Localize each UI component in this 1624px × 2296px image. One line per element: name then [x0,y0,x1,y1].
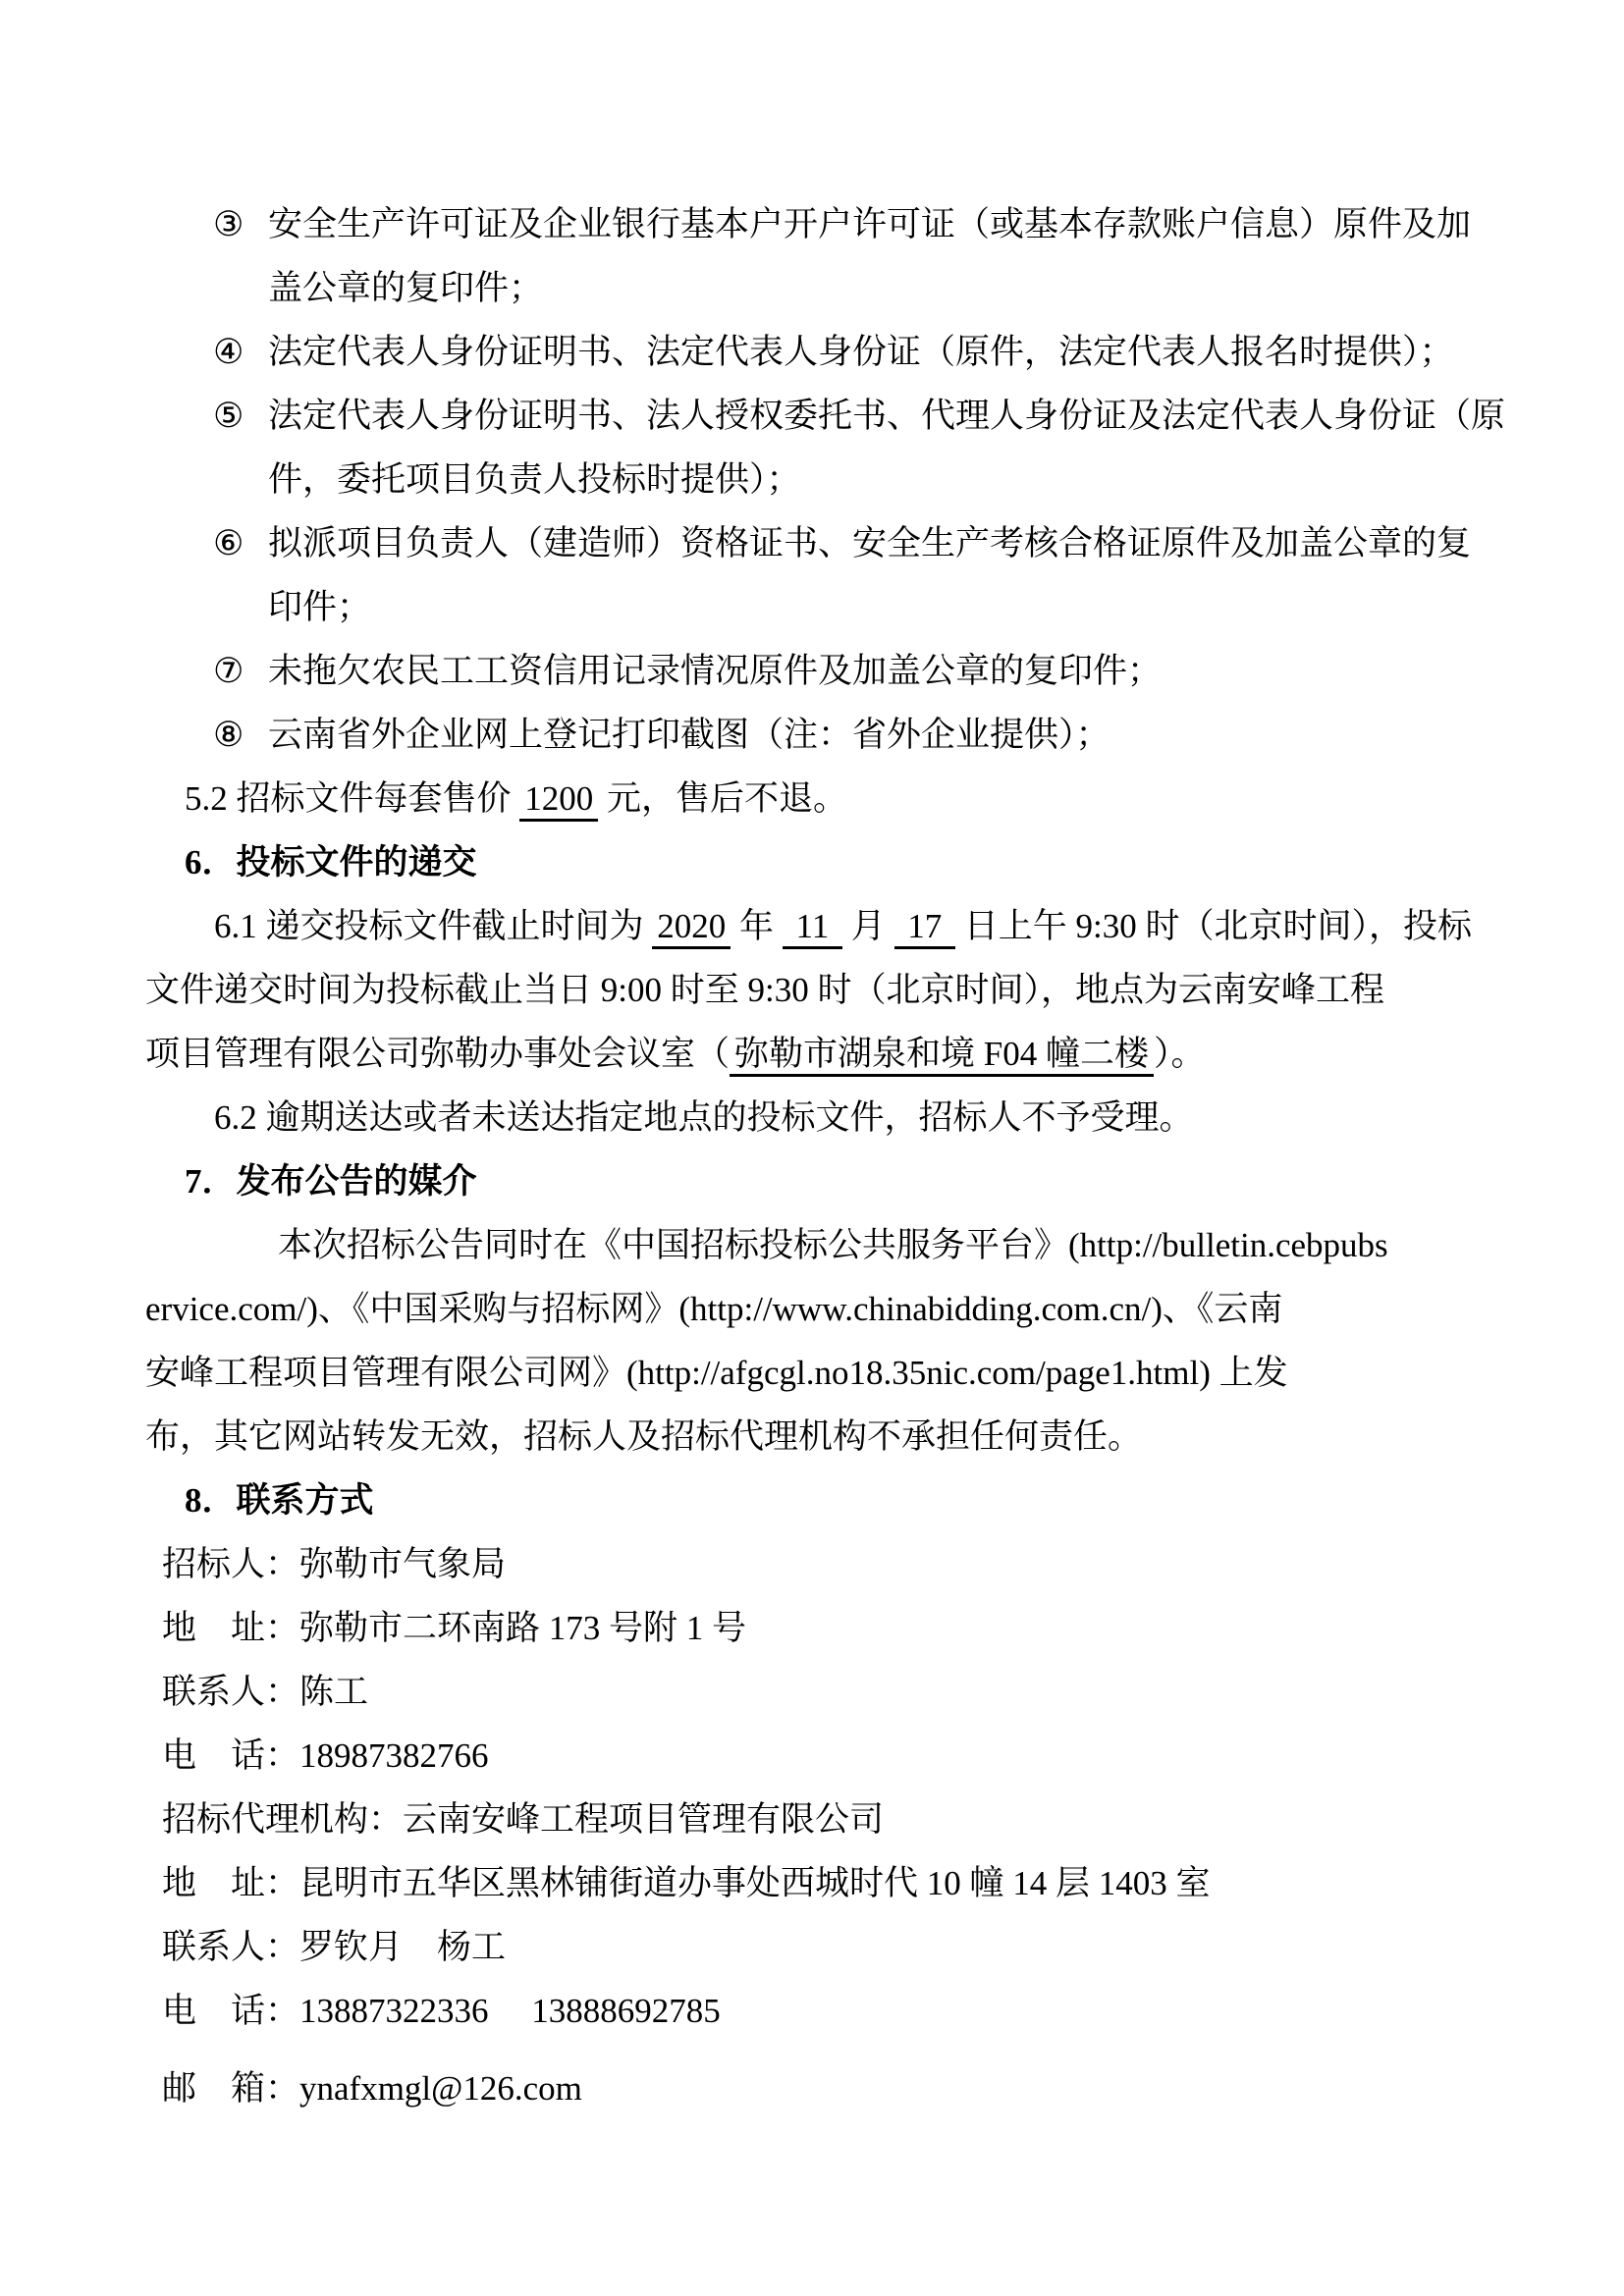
list-item-6: ⑥拟派项目负责人（建造师）资格证书、安全生产考核合格证原件及加盖公章的复 [145,511,1489,575]
text-segment: 安全生产许可证及企业银行基本户开户许可证（或基本存款账户信息）原件及加 [268,205,1471,243]
text-segment: 地 址：弥勒市二环南路 173 号附 1 号 [162,1609,746,1647]
text-segment: 招标代理机构：云南安峰工程项目管理有限公司 [162,1800,884,1839]
list-number-marker: ④ [213,320,268,384]
list-item-4: ④法定代表人身份证明书、法定代表人身份证（原件，法定代表人报名时提供）； [145,320,1489,384]
text-segment: 电 话：18987382766 [162,1736,489,1775]
tenderer-name: 招标人：弥勒市气象局 [145,1532,1489,1596]
list-number-marker: ③ [213,192,268,256]
text-segment: 印件； [268,588,371,626]
list-item-8: ⑧云南省外企业网上登记打印截图（注：省外企业提供）； [145,703,1489,767]
list-number-marker: ⑤ [213,384,268,448]
text-segment: ervice.com/)、《中国采购与招标网》(http://www.china… [145,1290,1282,1328]
text-segment: 地 址：昆明市五华区黑林铺街道办事处西城时代 10 幢 14 层 1403 室 [162,1864,1211,1902]
text-segment: 法定代表人身份证明书、法人授权委托书、代理人身份证及法定代表人身份证（原 [268,397,1505,435]
text-segment: 本次招标公告同时在《中国招标投标公共服务平台》(http://bulletin.… [278,1226,1388,1264]
text-segment: 拟派项目负责人（建造师）资格证书、安全生产考核合格证原件及加盖公章的复 [268,524,1471,562]
list-item-5-continuation: 件，委托项目负责人投标时提供）； [145,448,1489,511]
section-7-paragraph-line-3: 安峰工程项目管理有限公司网》(http://afgcgl.no18.35nic.… [145,1341,1489,1405]
text-segment: 项目管理有限公司弥勒办事处会议室（ [145,1035,730,1073]
text-segment: 月 [842,907,894,945]
list-number-marker: ⑦ [213,639,268,703]
list-item-3: ③安全生产许可证及企业银行基本户开户许可证（或基本存款账户信息）原件及加 [145,192,1489,256]
clause-6-1: 6.1 递交投标文件截止时间为 2020 年 11 月 17 日上午 9:30 … [145,894,1489,958]
agency-address: 地 址：昆明市五华区黑林铺街道办事处西城时代 10 幢 14 层 1403 室 [145,1851,1489,1915]
text-segment: 法定代表人身份证明书、法定代表人身份证（原件，法定代表人报名时提供）； [268,333,1454,371]
text-segment: 电 话：13887322336 13888692785 [162,1992,721,2030]
section-7-heading: 7．发布公告的媒介 [145,1149,1489,1213]
text-segment: 日上午 9:30 时（北京时间），投标 [955,907,1472,945]
text-segment: 6.1 递交投标文件截止时间为 [214,907,652,945]
section-7-paragraph-line-2: ervice.com/)、《中国采购与招标网》(http://www.china… [145,1277,1489,1341]
list-number-marker: ⑧ [213,703,268,767]
text-segment: 件，委托项目负责人投标时提供）； [268,460,801,499]
document-body: ③安全生产许可证及企业银行基本户开户许可证（或基本存款账户信息）原件及加盖公章的… [145,192,1489,2120]
text-segment: 8．联系方式 [185,1481,374,1520]
section-7-paragraph-line-4: 布，其它网站转发无效，招标人及招标代理机构不承担任何责任。 [145,1405,1489,1468]
text-segment: 文件递交时间为投标截止当日 9:00 时至 9:30 时（北京时间），地点为云南… [145,971,1384,1009]
document-page: ③安全生产许可证及企业银行基本户开户许可证（或基本存款账户信息）原件及加盖公章的… [0,0,1624,2296]
underlined-text: 弥勒市湖泉和境 F04 幢二楼 [730,1035,1154,1077]
text-segment: 7．发布公告的媒介 [185,1162,477,1201]
text-segment: 云南省外企业网上登记打印截图（注：省外企业提供）； [268,716,1110,754]
section-8-heading: 8．联系方式 [145,1468,1489,1532]
agency-phone: 电 话：13887322336 13888692785 [145,1979,1489,2043]
section-7-paragraph-line-1: 本次招标公告同时在《中国招标投标公共服务平台》(http://bulletin.… [145,1213,1489,1277]
text-segment: 布，其它网站转发无效，招标人及招标代理机构不承担任何责任。 [145,1417,1142,1456]
underlined-text: 17 [894,907,956,949]
agency-email: 邮 箱：ynafxmgl@126.com [145,2056,1489,2120]
agency-name: 招标代理机构：云南安峰工程项目管理有限公司 [145,1788,1489,1851]
list-item-7: ⑦未拖欠农民工工资信用记录情况原件及加盖公章的复印件； [145,639,1489,703]
clause-6-2: 6.2 逾期送达或者未送达指定地点的投标文件，招标人不予受理。 [145,1086,1489,1149]
clause-6-1-continuation-2: 项目管理有限公司弥勒办事处会议室（弥勒市湖泉和境 F04 幢二楼）。 [145,1022,1489,1086]
tenderer-phone: 电 话：18987382766 [145,1724,1489,1788]
text-segment: ）。 [1154,1035,1206,1073]
text-segment: 联系人：罗钦月 杨工 [162,1928,506,1966]
text-segment: 6．投标文件的递交 [185,843,477,881]
list-item-6-continuation: 印件； [145,575,1489,639]
text-segment: 招标人：弥勒市气象局 [162,1545,506,1583]
text-segment: 邮 箱：ynafxmgl@126.com [162,2069,582,2108]
text-segment: 未拖欠农民工工资信用记录情况原件及加盖公章的复印件； [268,652,1162,690]
text-segment: 年 [731,907,783,945]
text-segment: 安峰工程项目管理有限公司网》(http://afgcgl.no18.35nic.… [145,1354,1288,1392]
list-item-3-continuation: 盖公章的复印件； [145,256,1489,320]
tenderer-address: 地 址：弥勒市二环南路 173 号附 1 号 [145,1596,1489,1660]
tenderer-contact-person: 联系人：陈工 [145,1660,1489,1724]
text-segment: 盖公章的复印件； [268,269,543,307]
text-segment: 5.2 招标文件每套售价 [185,779,519,818]
list-number-marker: ⑥ [213,511,268,575]
section-6-heading: 6．投标文件的递交 [145,830,1489,894]
underlined-text: 1200 [519,779,598,822]
underlined-text: 2020 [652,907,731,949]
text-segment: 元，售后不退。 [598,779,847,818]
text-segment: 6.2 逾期送达或者未送达指定地点的投标文件，招标人不予受理。 [214,1098,1194,1137]
agency-contact-person: 联系人：罗钦月 杨工 [145,1915,1489,1979]
list-item-5: ⑤法定代表人身份证明书、法人授权委托书、代理人身份证及法定代表人身份证（原 [145,384,1489,448]
underlined-text: 11 [783,907,842,949]
text-segment: 联系人：陈工 [162,1673,368,1711]
clause-5-2: 5.2 招标文件每套售价 1200 元，售后不退。 [145,767,1489,830]
clause-6-1-continuation-1: 文件递交时间为投标截止当日 9:00 时至 9:30 时（北京时间），地点为云南… [145,958,1489,1022]
